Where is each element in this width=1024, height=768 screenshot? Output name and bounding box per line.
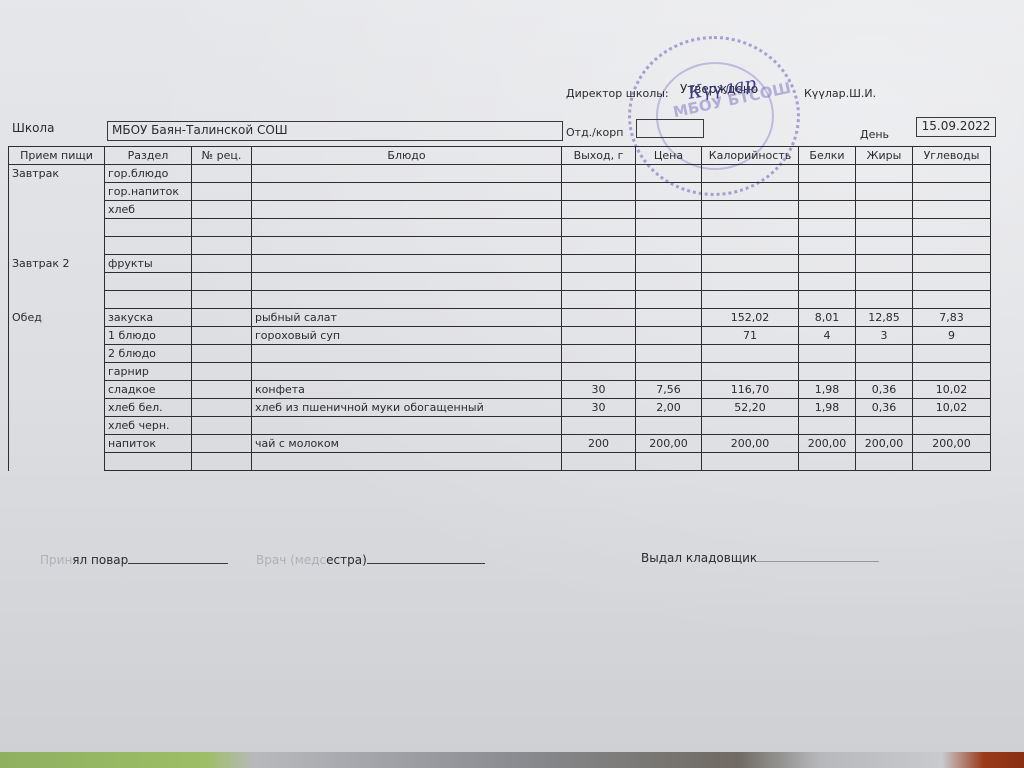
yield-cell [562, 255, 636, 273]
calories-cell [702, 219, 799, 237]
table-row: гор.напиток [9, 183, 991, 201]
table-row: Обедзакускарыбный салат152,028,0112,857,… [9, 309, 991, 327]
director-label: Директор школы: [566, 87, 669, 100]
dish-cell [252, 363, 562, 381]
dept-field [636, 119, 704, 138]
col-carbs: Углеводы [913, 147, 991, 165]
yield-cell [562, 183, 636, 201]
recipe-cell [192, 381, 252, 399]
table-row [9, 219, 991, 237]
section-cell [105, 291, 192, 309]
calories-cell: 52,20 [702, 399, 799, 417]
carbs-cell [913, 255, 991, 273]
carbs-cell [913, 291, 991, 309]
calories-cell [702, 201, 799, 219]
proteins-cell: 1,98 [799, 399, 856, 417]
price-cell [636, 309, 702, 327]
calories-cell [702, 345, 799, 363]
proteins-cell [799, 255, 856, 273]
table-row: Завтракгор.блюдо [9, 165, 991, 183]
carbs-cell [913, 183, 991, 201]
col-meal: Прием пищи [9, 147, 105, 165]
fats-cell [856, 363, 913, 381]
recipe-cell [192, 435, 252, 453]
calories-cell: 200,00 [702, 435, 799, 453]
proteins-cell [799, 201, 856, 219]
price-cell [636, 273, 702, 291]
meal-cell [9, 417, 105, 435]
dish-cell [252, 345, 562, 363]
meal-cell [9, 381, 105, 399]
col-yield: Выход, г [562, 147, 636, 165]
calories-cell [702, 237, 799, 255]
price-cell [636, 201, 702, 219]
menu-table: Прием пищи Раздел № рец. Блюдо Выход, г … [8, 146, 991, 471]
dish-cell [252, 219, 562, 237]
fats-cell: 200,00 [856, 435, 913, 453]
recipe-cell [192, 201, 252, 219]
recipe-cell [192, 417, 252, 435]
yield-cell [562, 201, 636, 219]
dish-cell: конфета [252, 381, 562, 399]
carbs-cell [913, 273, 991, 291]
nurse-label-prefix: Врач (медс [256, 553, 326, 567]
calories-cell [702, 273, 799, 291]
recipe-cell [192, 309, 252, 327]
meal-cell [9, 345, 105, 363]
proteins-cell: 4 [799, 327, 856, 345]
col-section: Раздел [105, 147, 192, 165]
yield-cell [562, 417, 636, 435]
cook-signature-blank [128, 552, 228, 564]
dish-cell [252, 201, 562, 219]
proteins-cell: 200,00 [799, 435, 856, 453]
dish-cell [252, 183, 562, 201]
table-row: 2 блюдо [9, 345, 991, 363]
carbs-cell: 7,83 [913, 309, 991, 327]
dish-cell [252, 453, 562, 471]
storekeeper-signature-blank [757, 550, 879, 562]
price-cell [636, 183, 702, 201]
yield-cell [562, 165, 636, 183]
fats-cell [856, 255, 913, 273]
carbs-cell [913, 237, 991, 255]
recipe-cell [192, 327, 252, 345]
recipe-cell [192, 165, 252, 183]
col-price: Цена [636, 147, 702, 165]
dish-cell [252, 165, 562, 183]
price-cell [636, 327, 702, 345]
storekeeper-signature-line: Выдал кладовщик [641, 550, 879, 565]
table-row: хлеб бел.хлеб из пшеничной муки обогащен… [9, 399, 991, 417]
cook-label-prefix: Прин [40, 553, 72, 567]
fats-cell [856, 453, 913, 471]
section-cell: хлеб бел. [105, 399, 192, 417]
proteins-cell: 1,98 [799, 381, 856, 399]
proteins-cell [799, 237, 856, 255]
price-cell [636, 255, 702, 273]
meal-cell [9, 363, 105, 381]
nurse-label: естра) [326, 553, 367, 567]
recipe-cell [192, 363, 252, 381]
table-row [9, 291, 991, 309]
fats-cell: 12,85 [856, 309, 913, 327]
fats-cell [856, 201, 913, 219]
meal-cell [9, 201, 105, 219]
yield-cell [562, 291, 636, 309]
calories-cell: 71 [702, 327, 799, 345]
recipe-cell [192, 399, 252, 417]
meal-cell [9, 291, 105, 309]
section-cell: закуска [105, 309, 192, 327]
calories-cell [702, 453, 799, 471]
section-cell: сладкое [105, 381, 192, 399]
calories-cell: 116,70 [702, 381, 799, 399]
meal-cell [9, 219, 105, 237]
yield-cell [562, 363, 636, 381]
section-cell [105, 453, 192, 471]
yield-cell [562, 453, 636, 471]
table-row [9, 273, 991, 291]
carbs-cell [913, 417, 991, 435]
school-label: Школа [12, 121, 54, 135]
dish-cell: хлеб из пшеничной муки обогащенный [252, 399, 562, 417]
proteins-cell: 8,01 [799, 309, 856, 327]
recipe-cell [192, 183, 252, 201]
col-proteins: Белки [799, 147, 856, 165]
dish-cell: гороховый суп [252, 327, 562, 345]
yield-cell: 30 [562, 381, 636, 399]
price-cell: 7,56 [636, 381, 702, 399]
price-cell [636, 219, 702, 237]
yield-cell [562, 345, 636, 363]
recipe-cell [192, 219, 252, 237]
fats-cell: 3 [856, 327, 913, 345]
meal-cell [9, 237, 105, 255]
meal-cell: Обед [9, 309, 105, 327]
meal-cell [9, 453, 105, 471]
section-cell: фрукты [105, 255, 192, 273]
meal-cell [9, 399, 105, 417]
proteins-cell [799, 363, 856, 381]
yield-cell [562, 219, 636, 237]
fats-cell [856, 417, 913, 435]
carbs-cell: 9 [913, 327, 991, 345]
section-cell: 1 блюдо [105, 327, 192, 345]
storekeeper-label: Выдал кладовщик [641, 551, 757, 565]
proteins-cell [799, 273, 856, 291]
cook-signature-line: Принял повар [40, 552, 228, 567]
dish-cell: рыбный салат [252, 309, 562, 327]
yield-cell: 30 [562, 399, 636, 417]
recipe-cell [192, 291, 252, 309]
dish-cell [252, 273, 562, 291]
yield-cell [562, 327, 636, 345]
proteins-cell [799, 417, 856, 435]
director-name: Күүлар.Ш.И. [804, 87, 876, 100]
section-cell: гарнир [105, 363, 192, 381]
price-cell [636, 165, 702, 183]
day-field: 15.09.2022 [916, 117, 996, 137]
fats-cell: 0,36 [856, 399, 913, 417]
calories-cell [702, 255, 799, 273]
recipe-cell [192, 255, 252, 273]
dept-label: Отд./корп [566, 126, 623, 139]
yield-cell [562, 273, 636, 291]
price-cell: 2,00 [636, 399, 702, 417]
meal-cell: Завтрак [9, 165, 105, 183]
price-cell [636, 363, 702, 381]
section-cell [105, 237, 192, 255]
section-cell: хлеб [105, 201, 192, 219]
nurse-signature-line: Врач (медсестра) [256, 552, 485, 567]
section-cell [105, 273, 192, 291]
recipe-cell [192, 237, 252, 255]
recipe-cell [192, 345, 252, 363]
yield-cell: 200 [562, 435, 636, 453]
price-cell: 200,00 [636, 435, 702, 453]
table-row [9, 453, 991, 471]
fats-cell [856, 219, 913, 237]
carbs-cell [913, 219, 991, 237]
table-row: напитокчай с молоком200200,00200,00200,0… [9, 435, 991, 453]
col-calories: Калорийность [702, 147, 799, 165]
desk-background [0, 752, 1024, 768]
table-header-row: Прием пищи Раздел № рец. Блюдо Выход, г … [9, 147, 991, 165]
proteins-cell [799, 345, 856, 363]
proteins-cell [799, 291, 856, 309]
fats-cell [856, 273, 913, 291]
table-row [9, 237, 991, 255]
fats-cell [856, 165, 913, 183]
price-cell [636, 291, 702, 309]
carbs-cell [913, 345, 991, 363]
dish-cell: чай с молоком [252, 435, 562, 453]
fats-cell [856, 291, 913, 309]
dish-cell [252, 255, 562, 273]
carbs-cell [913, 363, 991, 381]
day-label: День [860, 128, 889, 141]
section-cell: гор.блюдо [105, 165, 192, 183]
cook-label: ял повар [72, 553, 128, 567]
meal-cell [9, 273, 105, 291]
table-row: 1 блюдогороховый суп71439 [9, 327, 991, 345]
price-cell [636, 345, 702, 363]
proteins-cell [799, 165, 856, 183]
calories-cell: 152,02 [702, 309, 799, 327]
proteins-cell [799, 219, 856, 237]
section-cell: гор.напиток [105, 183, 192, 201]
calories-cell [702, 417, 799, 435]
calories-cell [702, 291, 799, 309]
meal-cell [9, 183, 105, 201]
carbs-cell: 200,00 [913, 435, 991, 453]
carbs-cell [913, 453, 991, 471]
col-dish: Блюдо [252, 147, 562, 165]
carbs-cell: 10,02 [913, 399, 991, 417]
dish-cell [252, 237, 562, 255]
fats-cell [856, 183, 913, 201]
proteins-cell [799, 183, 856, 201]
col-recipe-no: № рец. [192, 147, 252, 165]
section-cell [105, 219, 192, 237]
calories-cell [702, 165, 799, 183]
yield-cell [562, 309, 636, 327]
section-cell: 2 блюдо [105, 345, 192, 363]
fats-cell: 0,36 [856, 381, 913, 399]
dish-cell [252, 291, 562, 309]
carbs-cell [913, 201, 991, 219]
fats-cell [856, 345, 913, 363]
dish-cell [252, 417, 562, 435]
section-cell: напиток [105, 435, 192, 453]
price-cell [636, 417, 702, 435]
meal-cell [9, 327, 105, 345]
meal-cell: Завтрак 2 [9, 255, 105, 273]
school-field: МБОУ Баян-Талинской СОШ [107, 121, 563, 141]
price-cell [636, 237, 702, 255]
yield-cell [562, 237, 636, 255]
carbs-cell [913, 165, 991, 183]
col-fats: Жиры [856, 147, 913, 165]
proteins-cell [799, 453, 856, 471]
calories-cell [702, 183, 799, 201]
table-row: гарнир [9, 363, 991, 381]
table-row: хлеб черн. [9, 417, 991, 435]
recipe-cell [192, 273, 252, 291]
meal-cell [9, 435, 105, 453]
price-cell [636, 453, 702, 471]
nurse-signature-blank [367, 552, 485, 564]
carbs-cell: 10,02 [913, 381, 991, 399]
section-cell: хлеб черн. [105, 417, 192, 435]
recipe-cell [192, 453, 252, 471]
table-row: хлеб [9, 201, 991, 219]
calories-cell [702, 363, 799, 381]
table-row: Завтрак 2фрукты [9, 255, 991, 273]
table-row: сладкоеконфета307,56116,701,980,3610,02 [9, 381, 991, 399]
fats-cell [856, 237, 913, 255]
